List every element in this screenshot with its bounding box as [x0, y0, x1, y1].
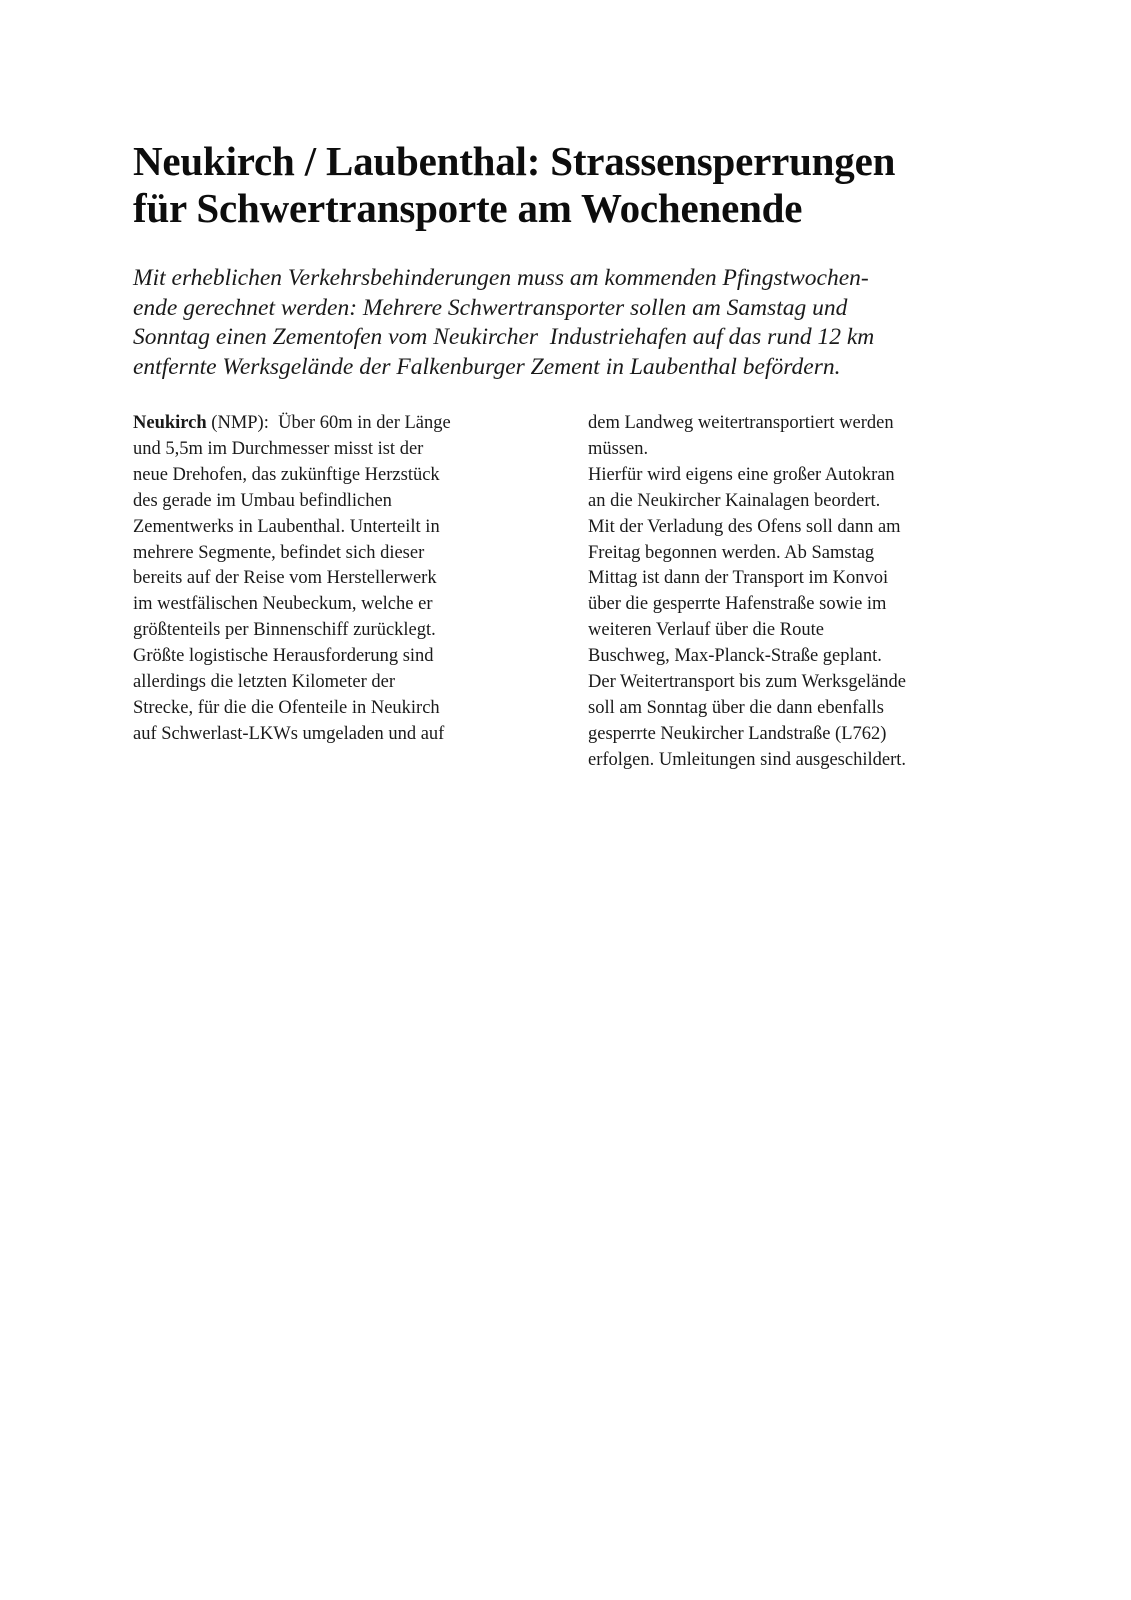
lead-line: Sonntag einen Zementofen vom Neukircher … [133, 323, 1013, 353]
body-column-right: dem Landweg weitertransportiert werden m… [588, 411, 1008, 774]
body-line: Strecke, für die die Ofenteile in Neukir… [133, 696, 563, 722]
body-line: Mit der Verladung des Ofens soll dann am [588, 515, 1008, 541]
body-line: größtenteils per Binnenschiff zurücklegt… [133, 618, 563, 644]
dateline-suffix: (NMP): Über 60m in der Länge [207, 413, 451, 433]
body-line: soll am Sonntag über die dann ebenfalls [588, 696, 1008, 722]
body-line: Der Weitertransport bis zum Werksgelände [588, 670, 1008, 696]
body-line: Größte logistische Herausforderung sind [133, 644, 563, 670]
lead-line: Mit erheblichen Verkehrsbehinderungen mu… [133, 264, 1013, 294]
body-line: des gerade im Umbau befindlichen [133, 489, 563, 515]
body-line: Buschweg, Max-Planck-Straße geplant. [588, 644, 1008, 670]
body-line: dem Landweg weitertransportiert werden [588, 411, 1008, 437]
body-line: gesperrte Neukircher Landstraße (L762) [588, 722, 1008, 748]
body-line: im westfälischen Neubeckum, welche er [133, 592, 563, 618]
body-line: bereits auf der Reise vom Herstellerwerk [133, 566, 563, 592]
lead-line: entfernte Werksgelände der Falkenburger … [133, 353, 1013, 383]
body-line: Freitag begonnen werden. Ab Samstag [588, 541, 1008, 567]
body-line: weiteren Verlauf über die Route [588, 618, 1008, 644]
article-lead: Mit erheblichen Verkehrsbehinderungen mu… [133, 264, 1013, 382]
body-line: an die Neukircher Kainalagen beordert. [588, 489, 1008, 515]
lead-line: ende gerechnet werden: Mehrere Schwertra… [133, 294, 1013, 324]
body-line: mehrere Segmente, befindet sich dieser [133, 541, 563, 567]
body-line: neue Drehofen, das zukünftige Herzstück [133, 463, 563, 489]
body-line: erfolgen. Umleitungen sind ausgeschilder… [588, 748, 1008, 774]
body-line: Zementwerks in Laubenthal. Unterteilt in [133, 515, 563, 541]
body-line: Mittag ist dann der Transport im Konvoi [588, 566, 1008, 592]
headline-line: für Schwertransporte am Wochenende [133, 185, 1013, 232]
body-line: allerdings die letzten Kilometer der [133, 670, 563, 696]
body-line: müssen. [588, 437, 1008, 463]
body-line: auf Schwerlast-LKWs umgeladen und auf [133, 722, 563, 748]
body-column-left: Neukirch (NMP): Über 60m in der Länge un… [133, 411, 563, 748]
body-line: und 5,5m im Durchmesser misst ist der [133, 437, 563, 463]
body-line: über die gesperrte Hafenstraße sowie im [588, 592, 1008, 618]
headline-line: Neukirch / Laubenthal: Strassensperrunge… [133, 138, 1013, 185]
body-line-first: Neukirch (NMP): Über 60m in der Länge [133, 411, 563, 437]
article-headline: Neukirch / Laubenthal: Strassensperrunge… [133, 138, 1013, 232]
document-page: Neukirch / Laubenthal: Strassensperrunge… [0, 0, 1131, 1600]
body-line: Hierfür wird eigens eine großer Autokran [588, 463, 1008, 489]
dateline: Neukirch [133, 413, 207, 433]
